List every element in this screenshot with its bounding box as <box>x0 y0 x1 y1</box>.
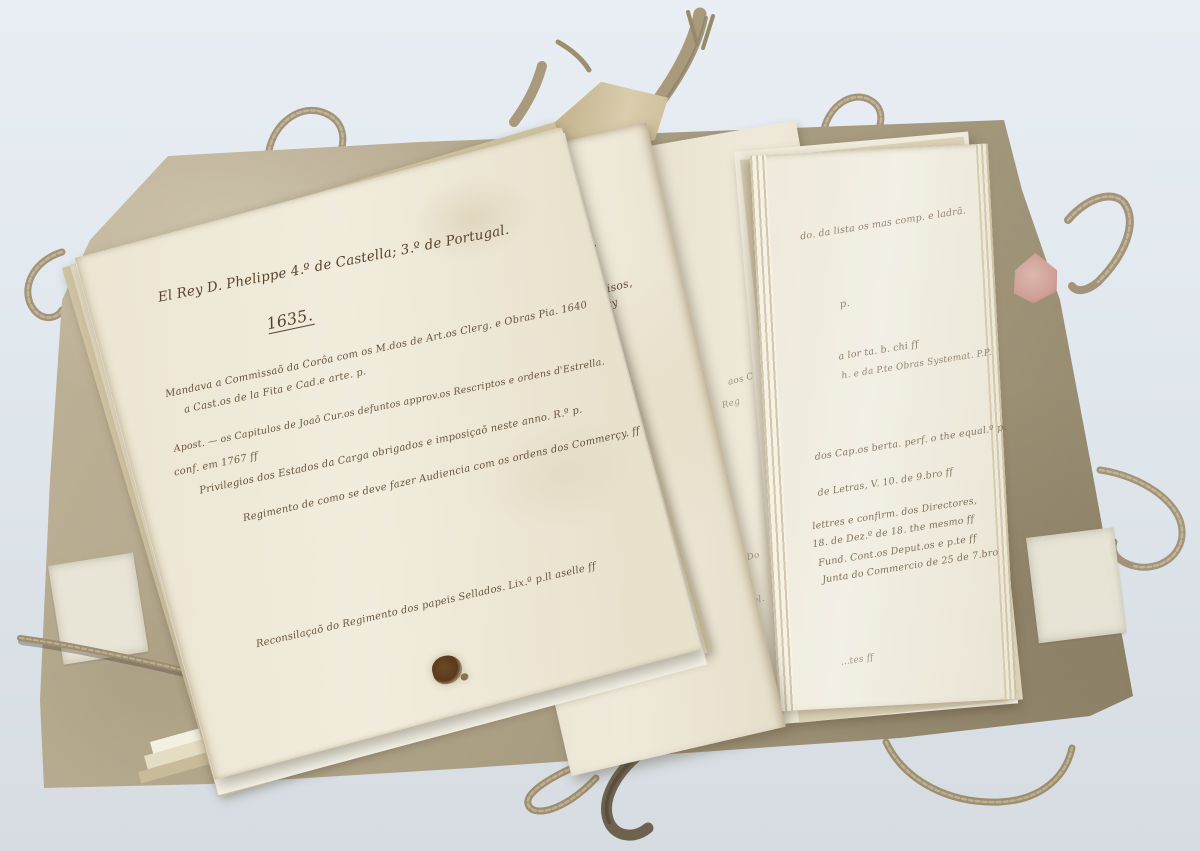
photo-stage: aos Cam Reg Do sel. do. da lista os mas … <box>0 0 1200 851</box>
front-doc-entry: Apost. — os Capitulos de Joaõ Cur.os def… <box>173 356 606 454</box>
right-doc-line: …tes ff <box>840 653 875 668</box>
ink-blot-small <box>460 672 470 681</box>
right-doc-line: a lor ta. b. chi ff <box>838 339 920 363</box>
right-doc-line: p. <box>839 298 851 310</box>
front-doc-year: 1635. <box>265 305 315 334</box>
ink-blot <box>429 652 465 687</box>
tape-patch-left <box>48 553 149 665</box>
front-doc-entry: conf. em 1767 ff <box>173 451 259 479</box>
strip-fragment: Do <box>746 550 761 563</box>
front-doc-entry: Reconsilaçaõ do Regimento dos papeis Sel… <box>255 561 597 650</box>
right-doc-line: de Letras, V. 10. de 9.bro ff <box>817 467 954 499</box>
right-document: do. da lista os mas comp. e ladrã. p. a … <box>750 144 1017 712</box>
right-doc-line: dos Cap.os berta. perf. o the equal.º p. <box>814 422 1007 463</box>
tape-patch-right <box>1026 527 1126 643</box>
strip-fragment: Reg <box>721 397 741 411</box>
front-doc-heading: El Rey D. Phelippe 4.º de Castella; 3.º … <box>157 222 511 306</box>
front-doc-entry: Mandava a Commissaõ da Corôa com os M.do… <box>164 300 588 400</box>
right-doc-line: do. da lista os mas comp. e ladrã. <box>799 205 966 242</box>
